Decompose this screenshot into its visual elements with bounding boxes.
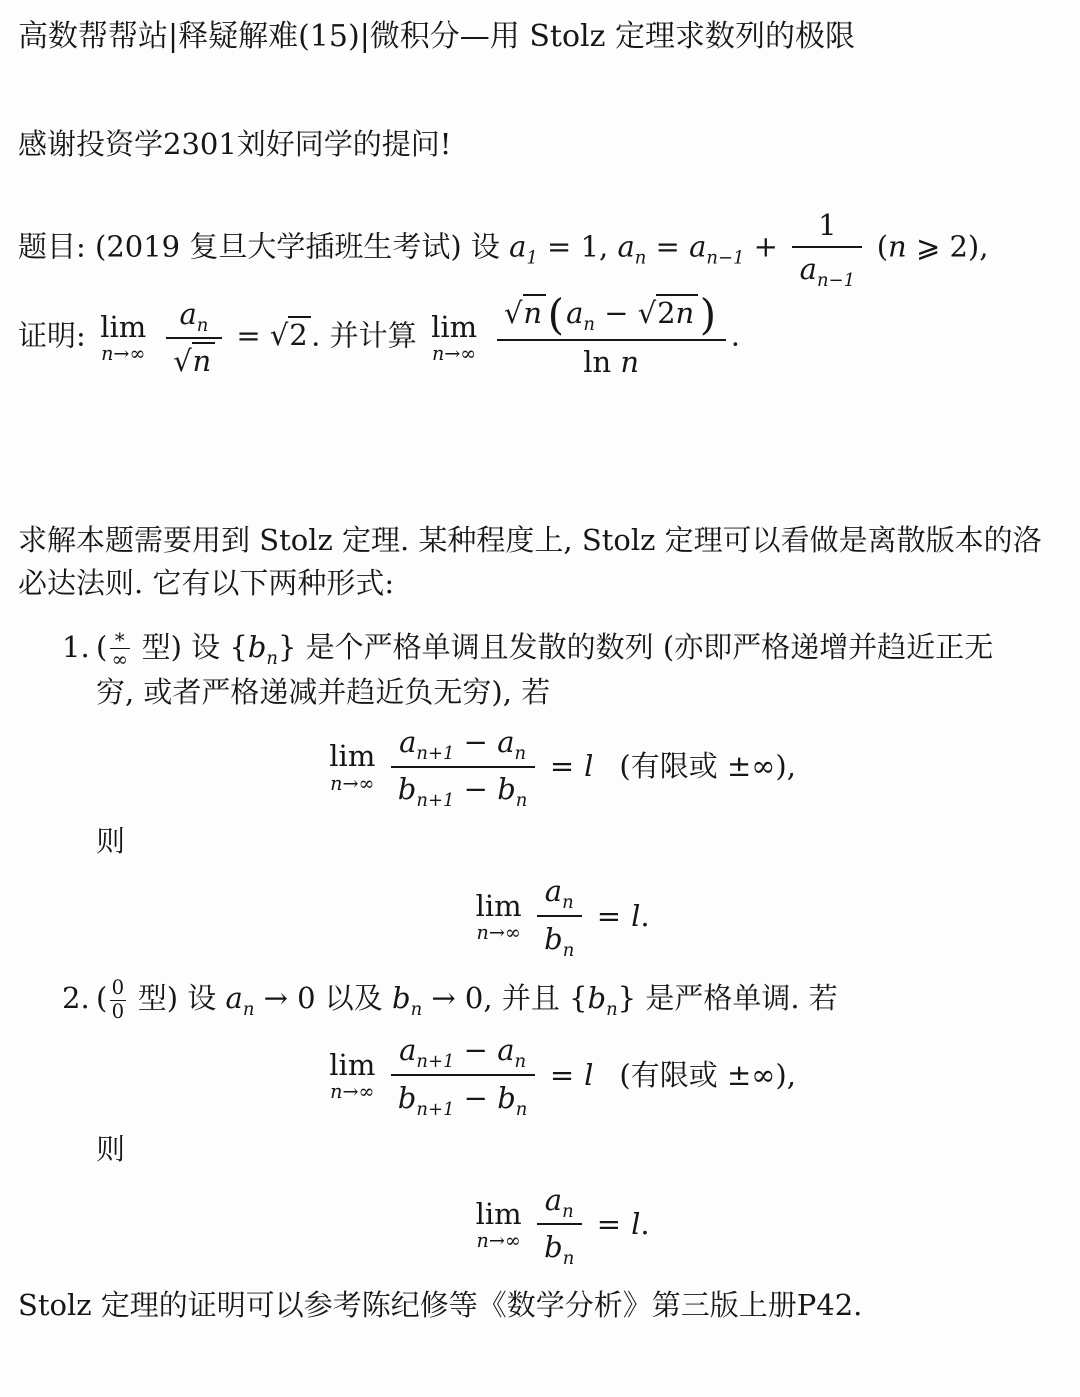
type-fraction: 00 [110, 978, 126, 1022]
math-subscript: n [563, 939, 575, 960]
limit-subscript: n→∞ [476, 923, 522, 943]
math-token: + [754, 229, 778, 263]
math-token: a [399, 725, 416, 759]
math-token: − [464, 725, 488, 759]
math-token: − [464, 772, 488, 806]
intro-paragraph: 求解本题需要用到 Stolz 定理. 某种程度上, Stolz 定理可以看做是离… [18, 519, 1058, 606]
math-subscript: n [562, 1201, 574, 1222]
radicand: 2n [656, 294, 697, 330]
math-token: a [545, 1183, 562, 1217]
lim-word: lim [329, 1049, 375, 1082]
square-root: √2 [270, 314, 311, 358]
math-subscript: n [516, 790, 528, 811]
math-fraction: anbn [537, 873, 582, 959]
open-paren: ( [96, 981, 107, 1015]
fraction-denominator: bn [537, 915, 582, 959]
limit-subscript: n→∞ [329, 774, 375, 794]
square-root: √n [173, 343, 215, 379]
stolz-case-1: 1. (∗∞ 型) 设 {bn} 是个严格单调且发散的数列 (亦即严格递增并趋近… [62, 626, 1058, 970]
math-token: b [392, 981, 411, 1015]
fraction-numerator: √n(an − √2n) [497, 294, 726, 339]
math-subscript: n [563, 1248, 575, 1269]
math-token: = [597, 1203, 621, 1247]
math-subscript: n [266, 647, 278, 668]
lim-word: lim [476, 1198, 522, 1231]
fraction-numerator: ∗ [110, 627, 130, 648]
footer-reference: Stolz 定理的证明可以参考陈纪修等《数学分析》第三版上册P42. [18, 1284, 1058, 1328]
open-paren: ( [877, 229, 888, 263]
stolz-condition-formula: limn→∞ an+1 − anbn+1 − bn = l (有限或 ±∞), [96, 724, 1024, 810]
math-token: a [509, 229, 526, 263]
limit-subscript: n→∞ [100, 344, 146, 364]
radical-sign: √ [504, 296, 522, 330]
problem-block: 题目: (2019 复旦大学插班生考试) 设 a1 = 1, an = an−1… [18, 207, 1058, 381]
radicand: n [523, 294, 546, 330]
math-fraction: an√n [166, 296, 222, 379]
math-token: b [248, 630, 267, 664]
claim-line: 证明: limn→∞ an√n = √2. 并计算 limn→∞ √n(an −… [18, 294, 1058, 381]
fraction-numerator: 0 [110, 978, 126, 999]
math-fraction: anbn [537, 1182, 582, 1268]
lim-word: lim [476, 890, 522, 923]
problem-source-text: (2019 复旦大学插班生考试) 设 [95, 229, 500, 263]
math-fraction: √n(an − √2n)ln n [497, 294, 726, 381]
then-word: 则 [96, 820, 1024, 864]
math-token: . [640, 1203, 649, 1247]
math-token: . [640, 895, 649, 939]
math-token: b [544, 1230, 563, 1264]
open-brace: { [569, 981, 587, 1015]
math-subscript: n [411, 999, 423, 1020]
math-token: a [689, 229, 706, 263]
lim-word: lim [100, 311, 146, 344]
case-text: 型) 设 [138, 981, 217, 1015]
radical-sign: √ [173, 344, 191, 378]
math-token: ln [583, 345, 611, 379]
then-word: 则 [96, 1128, 1024, 1172]
math-subscript: n [635, 247, 647, 268]
math-token: b [398, 1081, 417, 1115]
math-subscript: n [514, 743, 526, 764]
type-fraction: ∗∞ [110, 627, 130, 671]
case-text: 并且 [502, 981, 560, 1015]
fraction-denominator: bn [537, 1223, 582, 1267]
math-token: = [236, 318, 260, 352]
radical-sign: √ [270, 318, 288, 352]
fraction-numerator: an [166, 296, 222, 338]
radicand: 2 [288, 316, 311, 352]
math-token: b [588, 981, 607, 1015]
math-subscript: n [197, 314, 209, 335]
fraction-numerator: an+1 − an [391, 724, 535, 766]
math-token: − [464, 1081, 488, 1115]
fraction-denominator: an−1 [792, 246, 862, 290]
fraction-denominator: bn+1 − bn [391, 766, 535, 810]
math-subscript: n−1 [817, 270, 855, 291]
fraction-denominator: ln n [497, 339, 726, 381]
math-subscript: n+1 [416, 1051, 454, 1072]
finite-note: (有限或 ±∞), [619, 745, 796, 789]
math-token: b [544, 922, 563, 956]
limit-operator: limn→∞ [476, 890, 522, 943]
math-token: 2 [657, 296, 675, 330]
lim-word: lim [431, 311, 477, 344]
math-token: l [584, 745, 593, 789]
fraction-numerator: 1 [792, 207, 862, 246]
math-token: a [399, 1033, 416, 1067]
fraction-numerator: an+1 − an [391, 1032, 535, 1074]
math-subscript: n+1 [416, 1098, 454, 1119]
article-page: 高数帮帮站|释疑解难(15)|微积分—用 Stolz 定理求数列的极限 感谢投资… [0, 0, 1080, 1327]
limit-operator: limn→∞ [100, 311, 146, 364]
math-subscript: n [243, 999, 255, 1020]
fraction-numerator: an [537, 1182, 582, 1224]
limit-operator: limn→∞ [329, 1049, 375, 1102]
problem-label: 题目: [18, 229, 86, 263]
case-body: (∗∞ 型) 设 {bn} 是个严格单调且发散的数列 (亦即严格递增并趋近正无穷… [96, 626, 1058, 970]
math-token: − [604, 296, 628, 330]
math-token: a [226, 981, 243, 1015]
math-token: − [464, 1033, 488, 1067]
stolz-conclusion-formula: limn→∞ anbn = l. [96, 873, 1024, 959]
math-token: b [497, 1081, 516, 1115]
limit-subscript: n→∞ [431, 344, 477, 364]
math-token: n [676, 296, 695, 330]
limit-operator: limn→∞ [431, 311, 477, 364]
stolz-case-2: 2. (00 型) 设 an → 0 以及 bn → 0, 并且 {bn} 是严… [62, 977, 1058, 1277]
math-token: l [631, 895, 640, 939]
limit-subscript: n→∞ [476, 1231, 522, 1251]
case-body: (00 型) 设 an → 0 以及 bn → 0, 并且 {bn} 是严格单调… [96, 977, 1058, 1277]
open-paren: ( [96, 630, 107, 664]
radicand: n [192, 342, 215, 378]
fraction-denominator: bn+1 − bn [391, 1074, 535, 1118]
limit-operator: limn→∞ [329, 740, 375, 793]
math-token: = 1, [547, 229, 608, 263]
fraction-denominator: ∞ [110, 648, 130, 670]
math-token: n [620, 345, 639, 379]
math-subscript: n [606, 999, 618, 1020]
square-root: √n [504, 295, 546, 331]
math-token: l [584, 1054, 593, 1098]
math-subscript: n+1 [416, 790, 454, 811]
case-text: 是严格单调. 若 [645, 981, 837, 1015]
math-subscript: 1 [526, 247, 537, 268]
math-subscript: n [516, 1098, 528, 1119]
math-token: → 0, [431, 981, 492, 1015]
math-fraction: 1an−1 [792, 207, 862, 290]
page-title: 高数帮帮站|释疑解难(15)|微积分—用 Stolz 定理求数列的极限 [18, 14, 1058, 59]
math-token: . [311, 318, 320, 352]
math-token: n [888, 229, 907, 263]
thanks-line: 感谢投资学2301刘好同学的提问! [18, 123, 1058, 167]
math-subscript: n−1 [706, 247, 744, 268]
open-paren: ( [548, 290, 564, 339]
fraction-denominator: 0 [110, 1000, 126, 1022]
math-subscript: n+1 [416, 743, 454, 764]
math-token: a [566, 296, 583, 330]
limit-operator: limn→∞ [476, 1198, 522, 1251]
lim-word: lim [329, 740, 375, 773]
math-token: = [550, 1054, 574, 1098]
limit-subscript: n→∞ [329, 1082, 375, 1102]
compute-text: 并计算 [330, 318, 417, 352]
case-text: 以及 [325, 981, 383, 1015]
math-token: . [731, 318, 740, 352]
open-brace: { [229, 630, 247, 664]
math-token: a [180, 297, 197, 331]
math-subscript: n [583, 314, 595, 335]
math-token: a [497, 725, 514, 759]
stolz-condition-formula: limn→∞ an+1 − anbn+1 − bn = l (有限或 ±∞), [96, 1032, 1024, 1118]
math-token: a [617, 229, 634, 263]
math-fraction: an+1 − anbn+1 − bn [391, 1032, 535, 1118]
finite-note: (有限或 ±∞), [619, 1054, 796, 1098]
case-number: 1. [62, 626, 96, 970]
stolz-conclusion-formula: limn→∞ anbn = l. [96, 1182, 1024, 1268]
radical-sign: √ [638, 296, 656, 330]
math-subscript: n [514, 1051, 526, 1072]
math-token: l [631, 1203, 640, 1247]
math-token: b [497, 772, 516, 806]
math-fraction: an+1 − anbn+1 − bn [391, 724, 535, 810]
math-token: b [398, 772, 417, 806]
math-token: = [597, 895, 621, 939]
stolz-forms-list: 1. (∗∞ 型) 设 {bn} 是个严格单调且发散的数列 (亦即严格递增并趋近… [18, 626, 1058, 1278]
math-subscript: n [562, 892, 574, 913]
fraction-denominator: √n [166, 337, 222, 379]
problem-statement-line: 题目: (2019 复旦大学插班生考试) 设 a1 = 1, an = an−1… [18, 207, 1058, 290]
math-token: ⩾ 2), [916, 229, 989, 263]
fraction-numerator: an [537, 873, 582, 915]
square-root: √2n [638, 295, 698, 331]
math-token: a [800, 252, 817, 286]
close-brace: } [278, 630, 296, 664]
close-paren: ) [700, 290, 716, 339]
case-text: 型) 设 [142, 630, 221, 664]
math-token: = [656, 229, 680, 263]
close-brace: } [618, 981, 636, 1015]
math-token: → 0 [264, 981, 316, 1015]
math-token: a [545, 874, 562, 908]
math-token: a [497, 1033, 514, 1067]
math-token: = [550, 745, 574, 789]
claim-label: 证明: [18, 318, 86, 352]
case-number: 2. [62, 977, 96, 1277]
